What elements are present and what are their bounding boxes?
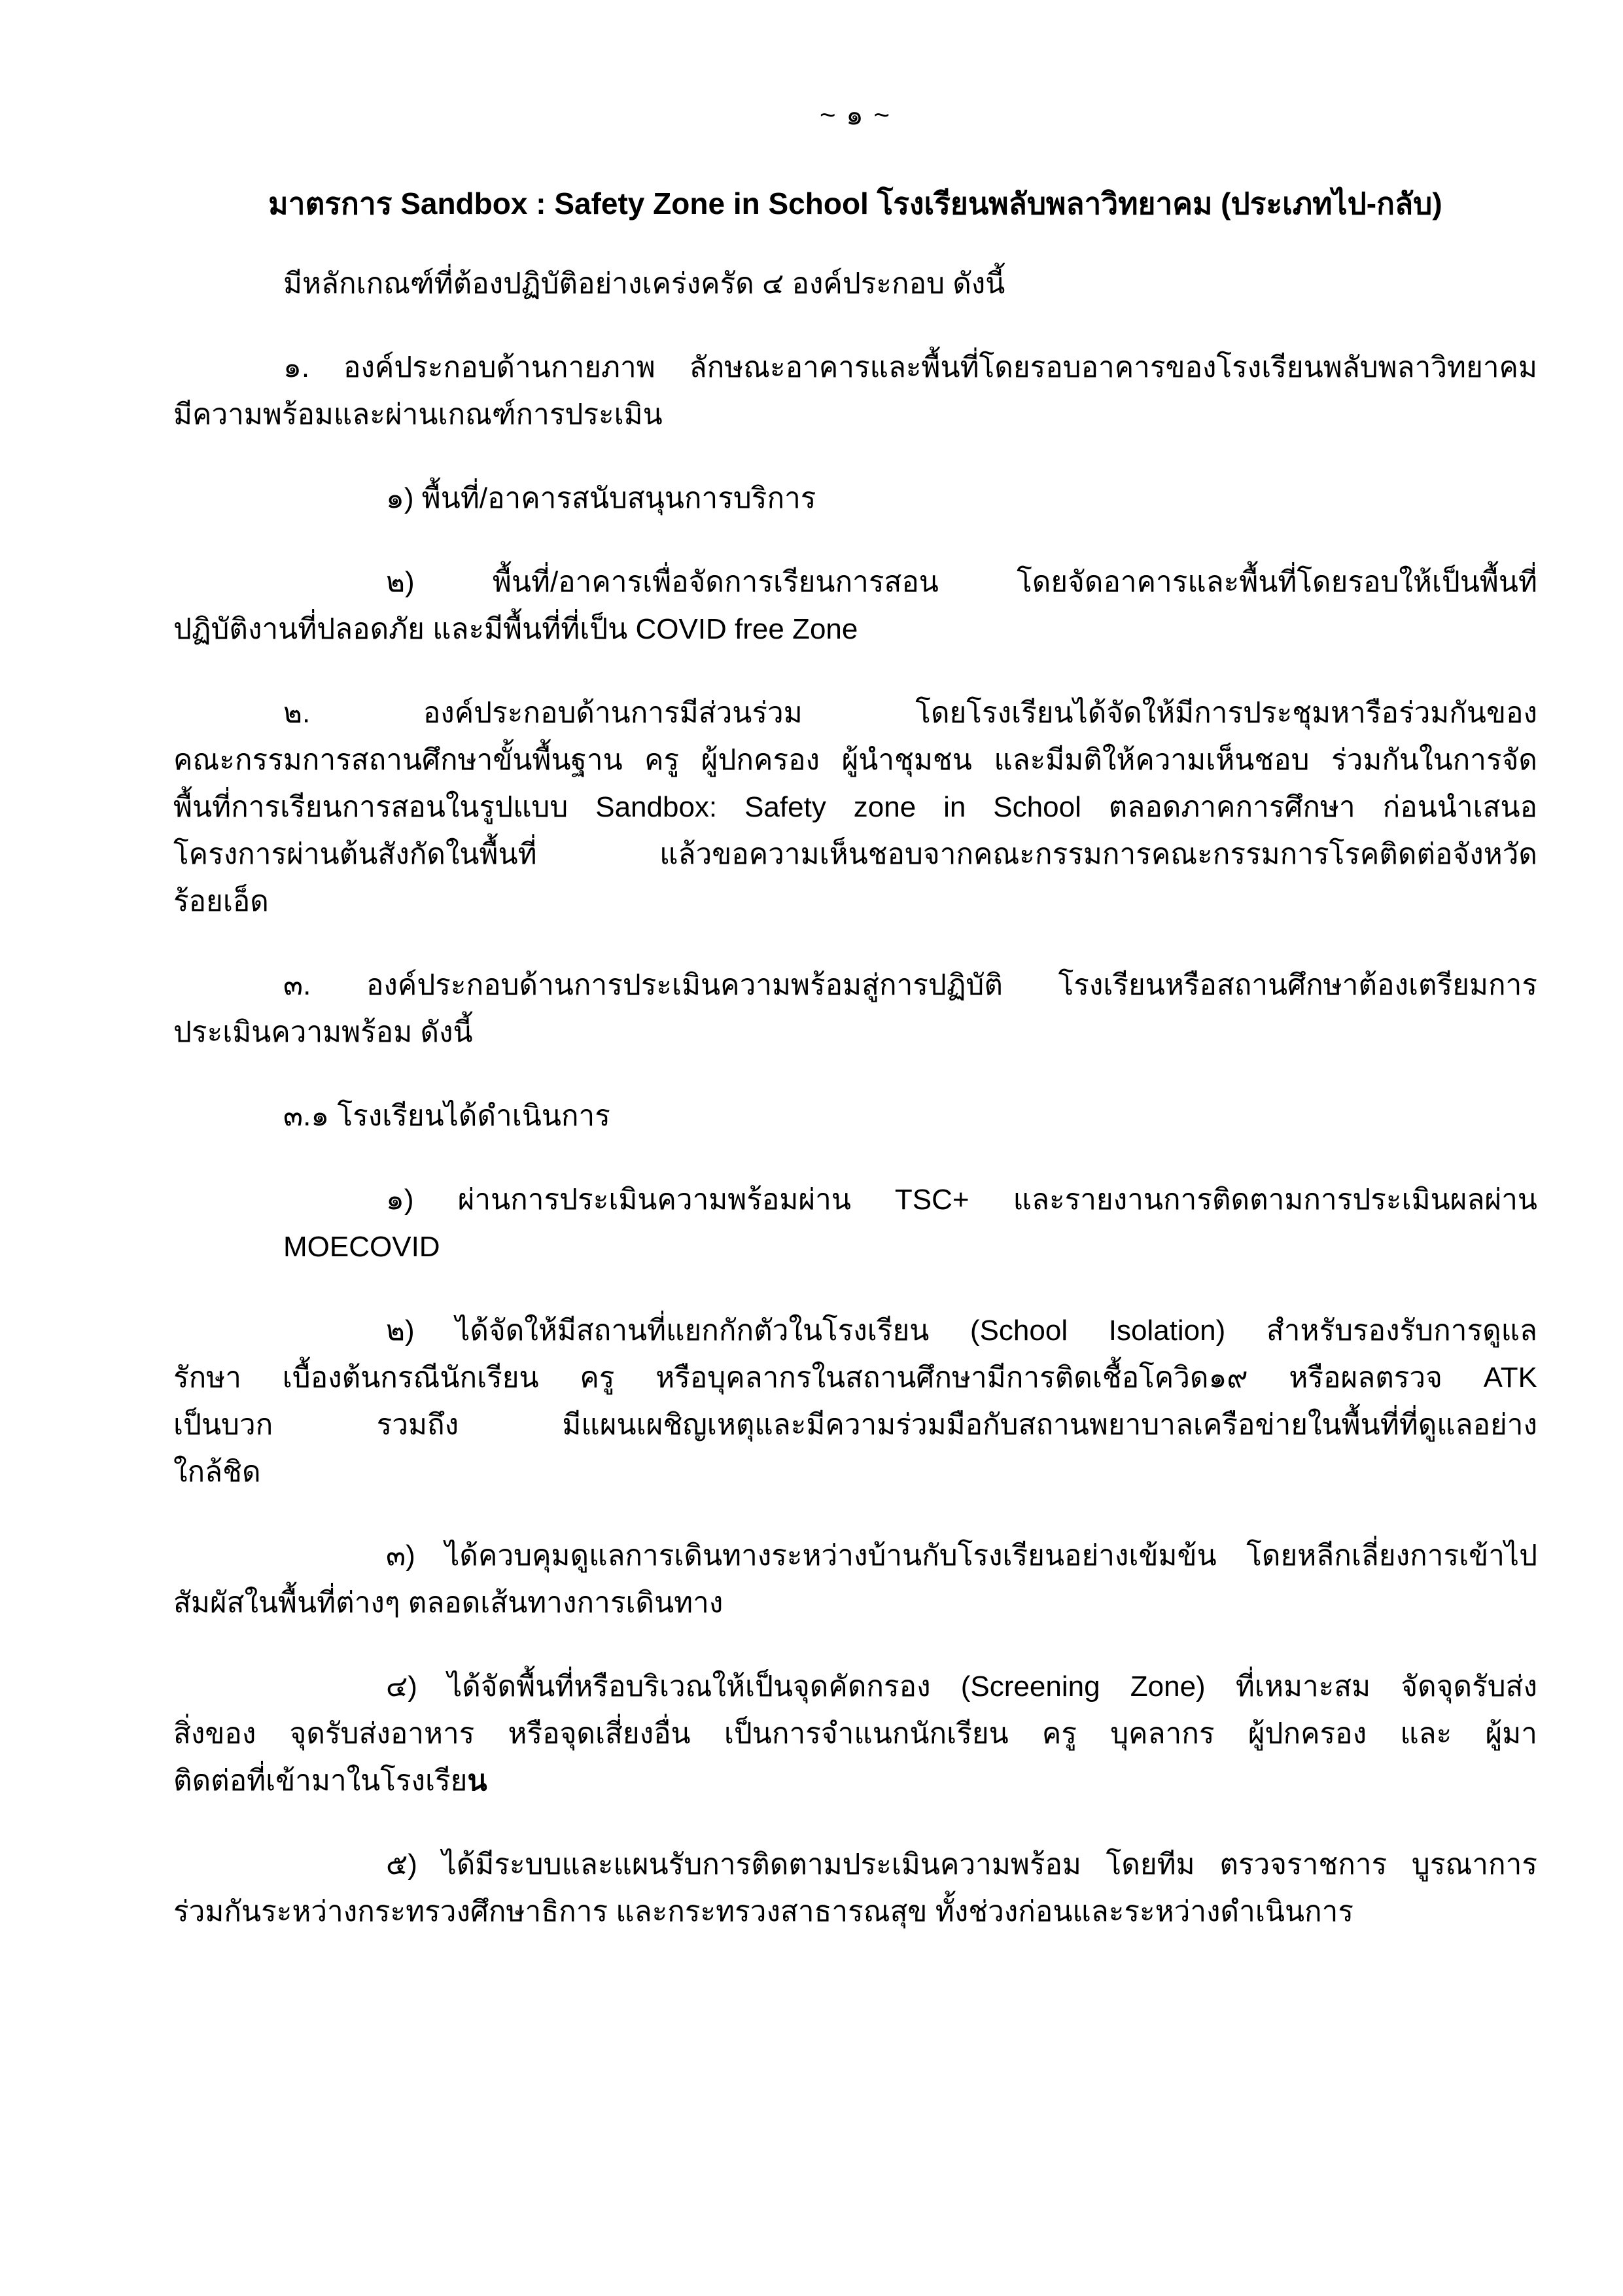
text-line: เป็นบวก รวมถึง มีแผนเผชิญเหตุและมีความร่… <box>173 1402 1537 1449</box>
text-line: สิ่งของ จุดรับส่งอาหาร หรือจุดเสี่ยงอื่น… <box>173 1710 1537 1757</box>
document-body: มีหลักเกณฑ์ที่ต้องปฏิบัติอย่างเคร่งครัด … <box>173 260 1537 1935</box>
text-line: MOECOVID <box>283 1224 1537 1271</box>
text-line: รักษา เบื้องต้นกรณีนักเรียน ครู หรือบุคล… <box>173 1354 1537 1402</box>
text-line: ๔) ได้จัดพื้นที่หรือบริเวณให้เป็นจุดคัดก… <box>386 1663 1537 1710</box>
text-line: ๒. องค์ประกอบด้านการมีส่วนร่วม โดยโรงเรี… <box>283 690 1537 737</box>
text-line: ร่วมกันระหว่างกระทรวงศึกษาธิการ และกระทร… <box>173 1888 1537 1935</box>
text-line: มีความพร้อมและผ่านเกณฑ์การประเมิน <box>173 391 1537 438</box>
text-line: ๑) พื้นที่/อาคารสนับสนุนการบริการ <box>386 475 1537 522</box>
text-line: ๓. องค์ประกอบด้านการประเมินความพร้อมสู่ก… <box>283 962 1537 1009</box>
text-line: ๓) ได้ควบคุมดูแลการเดินทางระหว่างบ้านกับ… <box>386 1532 1537 1580</box>
text-line: มีหลักเกณฑ์ที่ต้องปฏิบัติอย่างเคร่งครัด … <box>283 260 1537 308</box>
text-line: สัมผัสในพื้นที่ต่างๆ ตลอดเส้นทางการเดินท… <box>173 1580 1537 1627</box>
text-line: คณะกรรมการสถานศึกษาขั้นพื้นฐาน ครู ผู้ปก… <box>173 737 1537 784</box>
page-number: ~ ๑ ~ <box>173 92 1537 139</box>
page-content: ~ ๑ ~ มาตรการ Sandbox : Safety Zone in S… <box>0 0 1623 1935</box>
text-line: ติดต่อที่เข้ามาในโรงเรียน <box>173 1757 1537 1805</box>
text-line: ๒) ได้จัดให้มีสถานที่แยกกักตัวในโรงเรียน… <box>386 1307 1537 1354</box>
text-line: ๒) พื้นที่/อาคารเพื่อจัดการเรียนการสอน โ… <box>386 559 1537 606</box>
document-title: มาตรการ Sandbox : Safety Zone in School … <box>173 179 1537 228</box>
text-line: ๑) ผ่านการประเมินความพร้อมผ่าน TSC+ และร… <box>386 1176 1537 1224</box>
text-line: พื้นที่การเรียนการสอนในรูปแบบ Sandbox: S… <box>173 784 1537 831</box>
text-line: ใกล้ชิด <box>173 1449 1537 1496</box>
text-line: ๕) ได้มีระบบและแผนรับการติดตามประเมินควา… <box>386 1841 1537 1888</box>
text-line: ๑. องค์ประกอบด้านกายภาพ ลักษณะอาคารและพื… <box>283 344 1537 391</box>
text-line: ปฏิบัติงานที่ปลอดภัย และมีพื้นที่ที่เป็น… <box>173 606 1537 653</box>
text-line: ๓.๑ โรงเรียนได้ดำเนินการ <box>283 1093 1537 1140</box>
text-line: ประเมินความพร้อม ดังนี้ <box>173 1009 1537 1056</box>
text-line: โครงการผ่านต้นสังกัดในพื้นที่ แล้วขอความ… <box>173 831 1537 878</box>
document-page: ~ ๑ ~ มาตรการ Sandbox : Safety Zone in S… <box>0 0 1623 2296</box>
text-line: ร้อยเอ็ด <box>173 878 1537 925</box>
